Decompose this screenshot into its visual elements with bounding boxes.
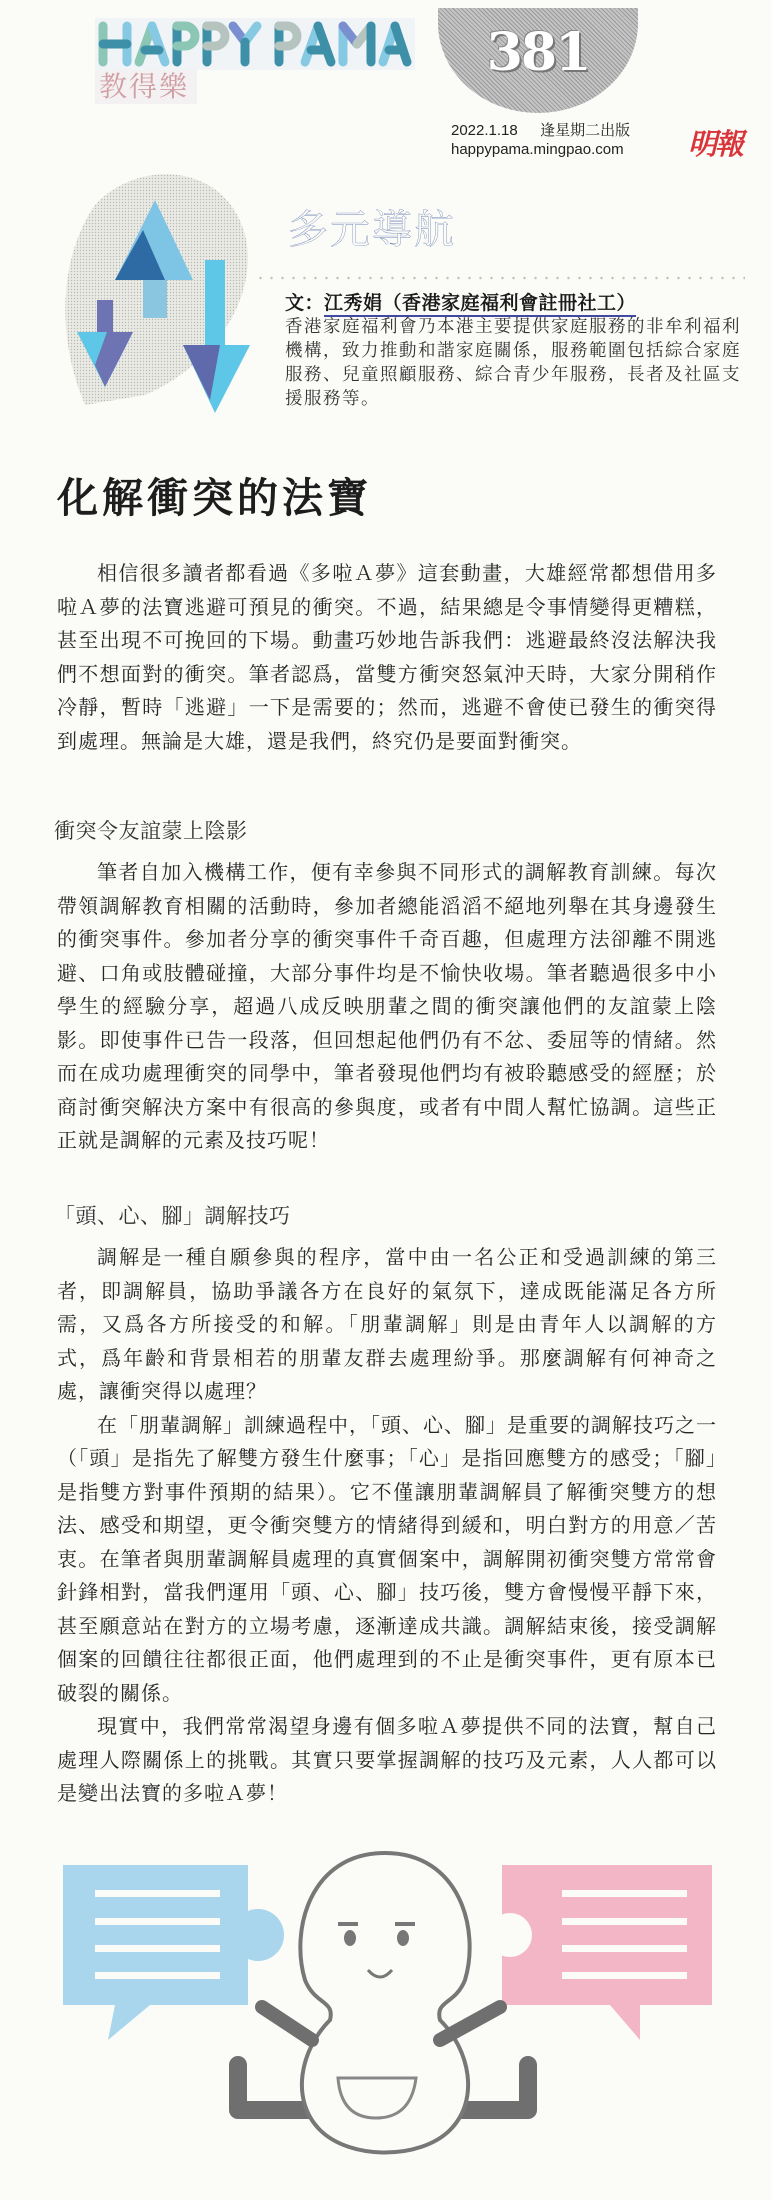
publication-info: 2022.1.18 逢星期二出版 happypama.mingpao.com — [451, 121, 630, 159]
article-intro: 相信很多讀者都看過《多啦Ａ夢》這套動畫，大雄經常都想借用多啦Ａ夢的法寶逃避可預見… — [57, 557, 717, 758]
intro-paragraph: 相信很多讀者都看過《多啦Ａ夢》這套動畫，大雄經常都想借用多啦Ａ夢的法寶逃避可預見… — [57, 557, 717, 758]
section-subhead: 「頭、心、腳」調解技巧 — [54, 1200, 291, 1230]
happy-pama-logo: 教得樂 — [95, 18, 415, 100]
section-subhead: 衝突令友誼蒙上陰影 — [54, 815, 248, 845]
byline-prefix: 文： — [285, 292, 324, 314]
author-bio: 香港家庭福利會乃本港主要提供家庭服務的非牟利福利機構，致力推動和諧家庭關係，服務… — [285, 315, 745, 411]
section-paragraph: 現實中，我們常常渴望身邊有個多啦Ａ夢提供不同的法寶，幫自己處理人際關係上的挑戰。… — [57, 1710, 717, 1811]
happy-pama-wordmark-icon — [95, 18, 415, 70]
author-name: 江秀娟（香港家庭福利會註冊社工） — [324, 292, 636, 317]
brand-chinese-name: 教得樂 — [95, 70, 197, 104]
section-paragraph: 筆者自加入機構工作，便有幸參與不同形式的調解教育訓練。每次帶領調解教育相關的活動… — [57, 856, 717, 1158]
issue-number: 381 — [438, 22, 638, 83]
left-speech-bubble-icon — [63, 1865, 284, 2040]
website-link[interactable]: happypama.mingpao.com — [451, 140, 630, 159]
issue-badge: 381 — [438, 8, 638, 113]
column-title: 多元導航 — [288, 198, 456, 255]
section-paragraph: 調解是一種自願參與的程序，當中由一名公正和受過訓練的第三者，即調解員，協助爭議各… — [57, 1241, 717, 1409]
peanut-figure-illustration — [0, 1840, 771, 2200]
dotted-divider — [255, 276, 745, 280]
publication-schedule: 逢星期二出版 — [540, 122, 630, 139]
section-paragraph: 在「朋輩調解」訓練過程中，「頭、心、腳」是重要的調解技巧之一（「頭」是指先了解雙… — [57, 1409, 717, 1711]
publication-date: 2022.1.18 — [451, 122, 518, 139]
article-headline: 化解衝突的法寶 — [57, 465, 372, 524]
up-down-arrows-icon — [55, 165, 255, 425]
right-speech-bubble-icon — [488, 1865, 712, 2040]
section-body: 筆者自加入機構工作，便有幸參與不同形式的調解教育訓練。每次帶領調解教育相關的活動… — [57, 856, 717, 1158]
publisher-logo: 明報 — [688, 122, 742, 163]
logo-wordmark — [95, 18, 415, 70]
byline: 文：江秀娟（香港家庭福利會註冊社工） — [285, 288, 636, 315]
section-body: 調解是一種自願參與的程序，當中由一名公正和受過訓練的第三者，即調解員，協助爭議各… — [57, 1241, 717, 1811]
